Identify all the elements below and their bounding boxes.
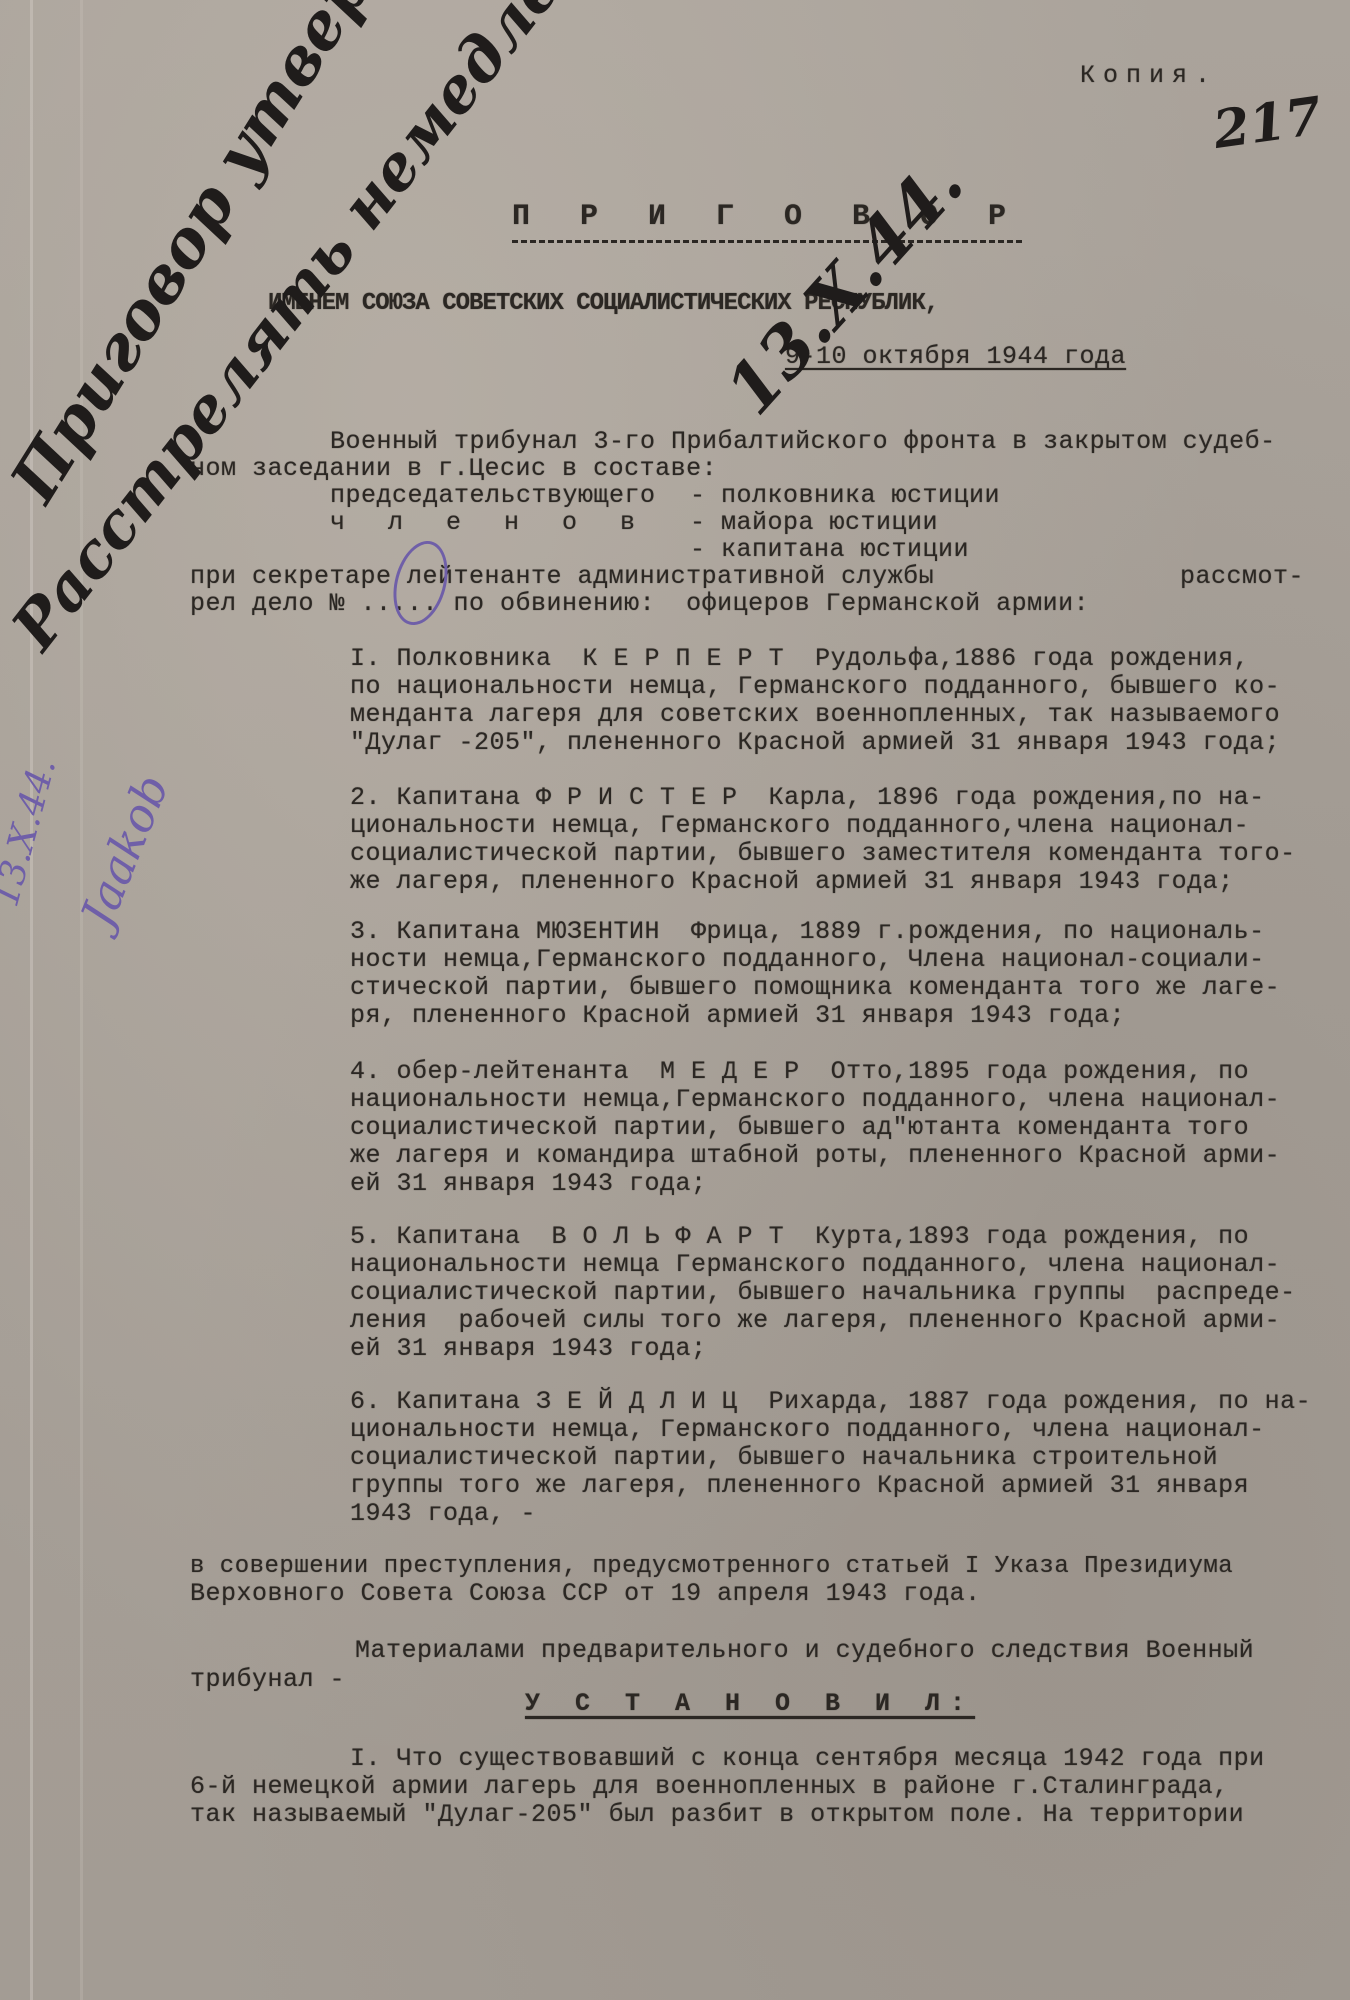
defendant-line: стической партии, бывшего помощника коме…	[350, 974, 1280, 1002]
defendant-line: национальности немца,Германского подданн…	[350, 1086, 1280, 1114]
case-line: рел дело № ..... по обвинению: офицеров …	[190, 590, 1089, 618]
defendant-line: социалистической партии, бывшего начальн…	[350, 1279, 1296, 1307]
defendant-line: менданта лагеря для советских военноплен…	[350, 701, 1280, 729]
materials-line-2: трибунал -	[190, 1666, 345, 1694]
defendant-line: национальности немца Германского подданн…	[350, 1251, 1280, 1279]
intro-line-2: ном заседании в г.Цесис в составе:	[190, 455, 717, 483]
materials-line-1: Материалами предварительного и судебного…	[355, 1637, 1254, 1665]
defendant-line: ей 31 января 1943 года;	[350, 1170, 707, 1198]
charge-line-2: Верховного Совета Союза ССР от 19 апреля…	[190, 1580, 981, 1608]
copy-mark: Копия.	[1080, 62, 1218, 90]
finding-1-line-1: I. Что существовавший с конца сентября м…	[350, 1745, 1265, 1773]
member-1-value: - майора юстиции	[690, 509, 938, 537]
finding-1-line-2: 6-й немецкой армии лагерь для военноплен…	[190, 1773, 1229, 1801]
defendant-line: 1943 года, -	[350, 1500, 536, 1528]
defendant-line: социалистической партии, бывшего начальн…	[350, 1444, 1218, 1472]
defendant-line: 2. Капитана Ф Р И С Т Е Р Карла, 1896 го…	[350, 784, 1265, 812]
defendant-line: социалистической партии, бывшего замести…	[350, 840, 1296, 868]
member-2-value: - капитана юстиции	[690, 536, 969, 564]
fold-line	[80, 0, 83, 2000]
document-page: Копия. 217 П Р И Г О В О Р ИМЕНЕМ СОЮЗА …	[0, 0, 1350, 2000]
defendant-line: же лагеря и командира штабной роты, плен…	[350, 1142, 1280, 1170]
charge-line-1: в совершении преступления, предусмотренн…	[190, 1553, 1233, 1581]
defendant-line: 4. обер-лейтенанта М Е Д Е Р Отто,1895 г…	[350, 1058, 1249, 1086]
defendant-line: же лагеря, плененного Красной армией 31 …	[350, 868, 1234, 896]
defendant-line: ления рабочей силы того же лагеря, плене…	[350, 1307, 1280, 1335]
sheet-number: 217	[1210, 85, 1326, 161]
defendant-line: I. Полковника К Е Р П Е Р Т Рудольфа,188…	[350, 645, 1249, 673]
defendant-line: по национальности немца, Германского под…	[350, 673, 1280, 701]
finding-1-line-3: так называемый "Дулаг-205" был разбит в …	[190, 1801, 1244, 1829]
defendant-line: ности немца,Германского подданного, Член…	[350, 946, 1265, 974]
intro-line-1: Военный трибунал 3-го Прибалтийского фро…	[330, 428, 1276, 456]
defendant-line: 3. Капитана МЮЗЕНТИН Фрица, 1889 г.рожде…	[350, 918, 1265, 946]
chair-label: председательствующего	[330, 482, 656, 510]
secretary-line: при секретаре лейтенанте административно…	[190, 563, 934, 591]
handwritten-resolution-date: 13.Х.44.	[711, 144, 980, 430]
defendant-line: ря, плененного Красной армией 31 января …	[350, 1002, 1125, 1030]
defendant-line: циональности немца, Германского подданно…	[350, 1416, 1265, 1444]
defendant-line: ей 31 января 1943 года;	[350, 1335, 707, 1363]
fold-line	[30, 0, 33, 2000]
defendant-line: "Дулаг -205", плененного Красной армией …	[350, 729, 1280, 757]
defendant-line: 5. Капитана В О Л Ь Ф А Р Т Курта,1893 г…	[350, 1223, 1249, 1251]
violet-signature: Jaakob	[70, 767, 179, 934]
chair-value: - полковника юстиции	[690, 482, 1000, 510]
defendant-line: группы того же лагеря, плененного Красно…	[350, 1472, 1249, 1500]
members-label: ч л е н о в	[330, 509, 649, 537]
secretary-tail: рассмот-	[1180, 563, 1304, 591]
defendant-line: социалистической партии, бывшего ад"ютан…	[350, 1114, 1249, 1142]
defendant-line: 6. Капитана З Е Й Д Л И Ц Рихарда, 1887 …	[350, 1388, 1311, 1416]
defendant-line: циональности немца, Германского подданно…	[350, 812, 1249, 840]
established-heading: У С Т А Н О В И Л:	[525, 1690, 975, 1718]
